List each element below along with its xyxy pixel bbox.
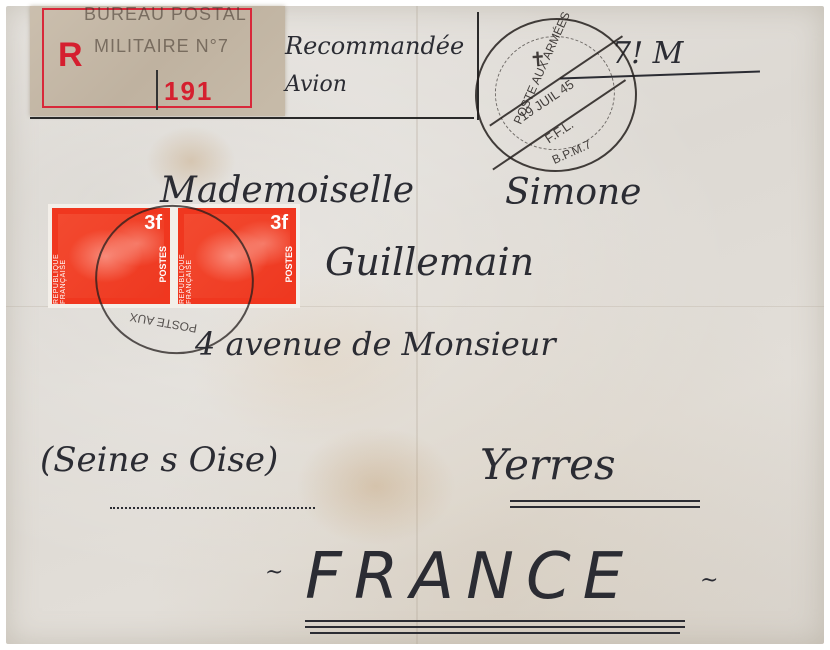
address-country: FRANCE bbox=[305, 540, 635, 614]
registration-office-line-1: BUREAU POSTAL bbox=[84, 4, 247, 25]
annotation-avion: Avion bbox=[285, 72, 347, 97]
ornament-left-icon: ~ bbox=[265, 560, 283, 585]
registration-box: BUREAU POSTAL MILITAIRE N°7 R 191 bbox=[42, 8, 252, 108]
annotation-recommandee: Recommandée bbox=[285, 32, 464, 60]
city-underline bbox=[510, 500, 700, 502]
ornament-right-icon: ~ bbox=[700, 568, 718, 593]
registration-letter: R bbox=[58, 36, 83, 75]
city-underline bbox=[510, 506, 700, 508]
postmark-cancel-text: POSTE AUX bbox=[129, 310, 198, 336]
address-last-name: Guillemain bbox=[325, 240, 534, 284]
registration-office-line-2: MILITAIRE N°7 bbox=[94, 36, 229, 57]
stamp-country: REPUBLIQUE FRANÇAISE bbox=[53, 214, 67, 304]
label-rule-horizontal bbox=[30, 117, 474, 119]
department-underline bbox=[110, 507, 315, 511]
stain bbox=[296, 426, 456, 546]
address-department: (Seine s Oise) bbox=[40, 440, 278, 480]
registration-label: BUREAU POSTAL MILITAIRE N°7 R 191 bbox=[30, 6, 285, 116]
country-underline bbox=[305, 620, 685, 622]
address-city: Yerres bbox=[480, 440, 616, 489]
address-first-name: Simone bbox=[505, 172, 641, 213]
country-underline bbox=[310, 632, 680, 634]
lorraine-cross-icon: ✝ bbox=[529, 47, 547, 72]
registration-number: 191 bbox=[164, 76, 213, 107]
stamp-label: POSTES bbox=[284, 246, 294, 283]
country-underline bbox=[305, 626, 685, 628]
address-title: Mademoiselle bbox=[160, 170, 414, 211]
stamp-value: 3f bbox=[270, 212, 288, 235]
address-street: 4 avenue de Monsieur bbox=[195, 325, 556, 363]
registration-divider bbox=[156, 70, 158, 110]
